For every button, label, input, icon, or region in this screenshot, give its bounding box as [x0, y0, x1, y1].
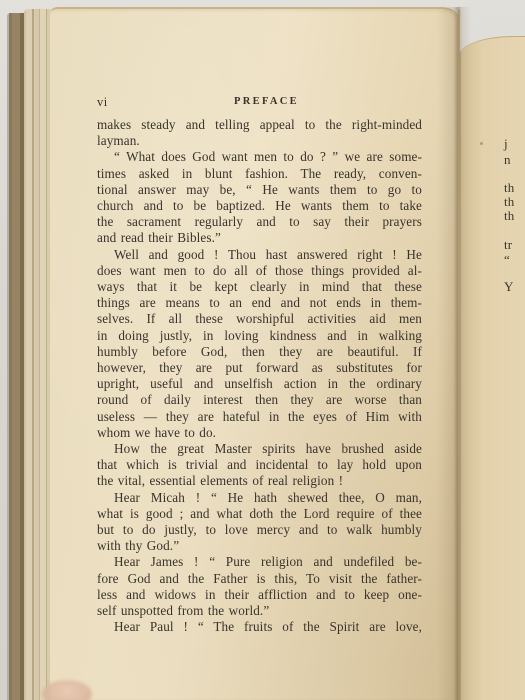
text-line: less and widows in their affliction and …	[97, 587, 422, 603]
text-line: but to do justly, to love mercy and to w…	[97, 522, 422, 538]
paragraph: Hear Paul ! “ The fruits of the Spirit a…	[97, 619, 422, 635]
text-line: does want men to do all of those things …	[97, 263, 422, 279]
facing-text-fragment: n	[504, 153, 511, 167]
left-page: vi PREFACE makes steady and telling appe…	[50, 7, 459, 700]
text-line: however, they are put forward as substit…	[97, 360, 422, 376]
text-line: “ What does God want men to do ? ” we ar…	[97, 149, 422, 165]
text-line: Hear James ! “ Pure religion and undefil…	[97, 554, 422, 570]
text-line: church and to be baptized. He wants them…	[97, 198, 422, 214]
text-line: times asked in blunt fashion. The ready,…	[97, 166, 422, 182]
page-header: vi PREFACE	[97, 94, 422, 110]
text-line: whom we have to do.	[97, 425, 422, 441]
text-line: with thy God.”	[97, 538, 422, 554]
text-line: upright, useful and unselfish action in …	[97, 376, 422, 392]
paragraph: makes steady and telling appeal to the r…	[97, 117, 422, 149]
facing-text-fragment: th	[504, 181, 514, 195]
text-line: Well and good ! Thou hast answered right…	[97, 247, 422, 263]
text-line: useless — they are hateful in the eyes o…	[97, 409, 422, 425]
ink-speck	[480, 142, 483, 145]
text-line: things are means to an end and not ends …	[97, 295, 422, 311]
facing-text-fragment: j	[504, 137, 508, 151]
text-line: in doing justly, in loving kindness and …	[97, 328, 422, 344]
paragraph: How the great Master spirits have brushe…	[97, 441, 422, 490]
text-line: Hear Micah ! “ He hath shewed thee, O ma…	[97, 490, 422, 506]
text-line: Hear Paul ! “ The fruits of the Spirit a…	[97, 619, 422, 635]
facing-text-fragment: Y	[504, 280, 514, 294]
running-head: PREFACE	[97, 96, 422, 107]
text-line: ways that it be kept clearly in mind tha…	[97, 279, 422, 295]
text-line: round of daily interest then they are wo…	[97, 392, 422, 408]
text-line: humbly before God, then they are beautif…	[97, 344, 422, 360]
text-line: How the great Master spirits have brushe…	[97, 441, 422, 457]
right-page-strip: jnthththtr“Y	[459, 36, 525, 700]
facing-text-fragment: th	[504, 209, 514, 223]
text-line: fore God and the Father is this, To visi…	[97, 571, 422, 587]
text-line: self unspotted from the world.”	[97, 603, 422, 619]
paragraph: Hear Micah ! “ He hath shewed thee, O ma…	[97, 490, 422, 555]
text-block: makes steady and telling appeal to the r…	[97, 117, 422, 636]
text-line: tional answer may be, “ He wants them to…	[97, 182, 422, 198]
text-line: layman.	[97, 133, 422, 149]
text-line: makes steady and telling appeal to the r…	[97, 117, 422, 133]
page-edge-stack	[24, 9, 50, 700]
paragraph: Hear James ! “ Pure religion and undefil…	[97, 554, 422, 619]
book-cover-spine	[7, 13, 24, 700]
paragraph: “ What does God want men to do ? ” we ar…	[97, 149, 422, 246]
text-line: what is good ; and what doth the Lord re…	[97, 506, 422, 522]
text-line: the sacrament regularly and to say their…	[97, 214, 422, 230]
text-line: the vital, essential elements of real re…	[97, 473, 422, 489]
book-photo: vi PREFACE makes steady and telling appe…	[0, 0, 525, 700]
facing-text-fragment: th	[504, 195, 514, 209]
text-line: and read their Bibles.”	[97, 230, 422, 246]
paragraph: Well and good ! Thou hast answered right…	[97, 247, 422, 441]
text-line: that which is trivial and incidental to …	[97, 457, 422, 473]
facing-text-fragment: “	[504, 253, 510, 267]
text-line: selves. If all these worshipful activiti…	[97, 311, 422, 327]
facing-text-fragment: tr	[504, 238, 512, 252]
